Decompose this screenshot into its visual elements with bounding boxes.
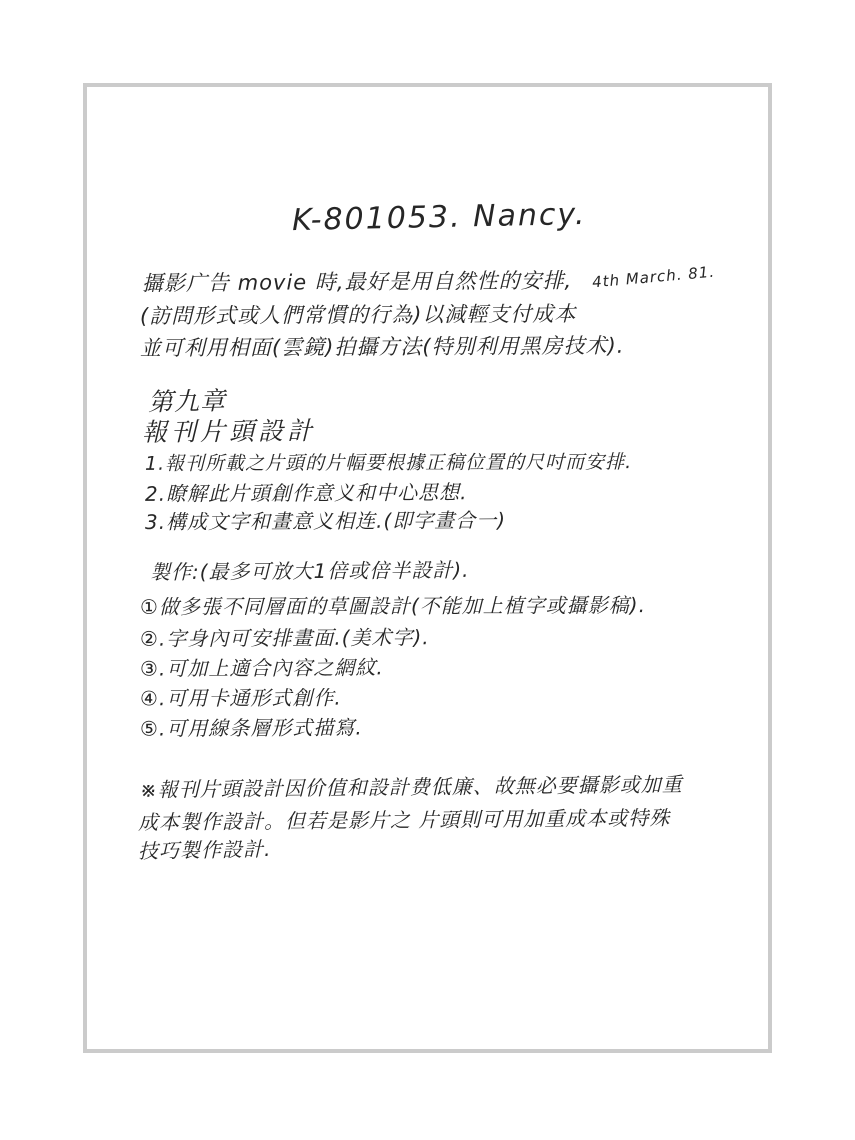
production-item: ③.可加上適合內容之網紋. [140,651,384,681]
production-item: ⑤.可用線条層形式描寫. [140,711,363,741]
chapter-point: 1.報刊所載之片頭的片幅要根據正稿位置的尺吋而安排. [145,447,632,476]
intro-line: 攝影广告 movie 時,最好是用自然性的安排, [142,264,572,297]
production-item: ②.字身內可安排畫面.(美术字). [140,621,430,652]
production-item: ④.可用卡通形式創作. [140,682,342,712]
note-line: ※報刊片頭設計因价值和設計费低廉、故無必要攝影或加重 [140,768,683,803]
production-heading: 製作:(最多可放大1倍或倍半設計). [150,554,470,585]
intro-line: 並可利用相面(雲鏡)拍攝方法(特別利用黑房技术). [140,330,625,363]
note-line: 成本製作設計。但若是影片之 片頭則可用加重成本或特殊 [138,802,671,836]
chapter-point: 3.構成文字和畫意义相连.(即字畫合一) [145,504,506,535]
scanned-handwritten-note-page: { "page": { "title": "K-801053. Nancy.",… [0,0,855,1140]
production-item: ①做多張不同層面的草圖設計(不能加上植字或攝影稿). [140,589,646,620]
intro-line: (訪問形式或人們常慣的行為)以減輕支付成本 [140,298,577,330]
note-line: 技巧製作設計. [138,833,272,864]
document-title: K-801053. Nancy. [292,197,587,238]
chapter-title: 報刊片頭設計 [142,411,316,449]
chapter-point: 2.瞭解此片頭創作意义和中心思想. [145,476,468,507]
